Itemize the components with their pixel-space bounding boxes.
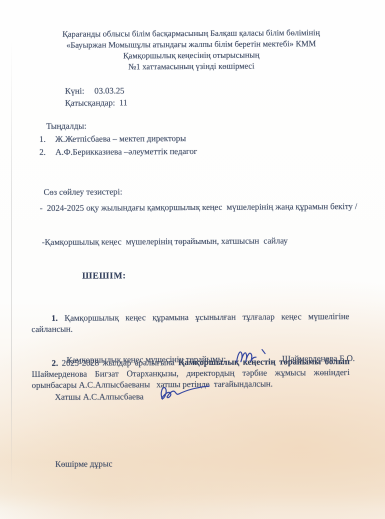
header-line-4: №1 хаттамасының үзінді көшірмесі <box>17 61 366 74</box>
date-label: Күні: <box>65 86 84 96</box>
secretary-signature <box>154 380 212 406</box>
scanned-document-page: Қарағанды облысы білім басқармасының Бал… <box>0 0 385 519</box>
date-row: Күні:03.03.25 <box>65 84 127 97</box>
chair-name: Шаймерденова Б.О. <box>282 353 355 363</box>
heard-title: Тыңдалды: <box>46 119 197 132</box>
participants-row: Қатысқандар:11 <box>65 97 127 110</box>
document-header: Қарағанды облысы білім басқармасының Бал… <box>17 28 366 74</box>
decision-title: ШЕШІМ: <box>82 270 126 280</box>
copy-certification-note: Көшірме дұрыс <box>55 458 112 468</box>
speech-item: -Қамқоршылық кеңес мүшелерінің төрайымын… <box>42 235 288 247</box>
list-item: 2.А.Ф.Берикказиева –әлеуметтік педагог <box>39 145 197 158</box>
chair-signature-row: Қамқоршылық кеңес мүшесінің төрайымы: Ша… <box>67 353 376 365</box>
decision-item-1: 1. Қамқоршылық кеңес құрамына ұсынылған … <box>31 311 349 336</box>
list-item-number: 1. <box>39 133 51 145</box>
meta-block: Күні:03.03.25 Қатысқандар:11 <box>65 84 128 109</box>
secretary-label: Хатшы А.С.Алпысбаева <box>55 391 144 402</box>
date-value: 03.03.25 <box>94 85 124 95</box>
chair-label: Қамқоршылық кеңес мүшесінің төрайымы: <box>67 354 226 365</box>
decision-item-text: Қамқоршылық кеңес құрамына ұсынылған тұл… <box>31 311 351 334</box>
list-item: 1.Ж.Жетпісбаева – мектеп директоры <box>39 132 197 145</box>
participants-value: 11 <box>119 98 127 108</box>
speeches-title: Сөз сөйлеу тезистері: <box>44 186 123 196</box>
list-item-number: 2. <box>39 146 51 158</box>
header-line-2: «Бауыржан Момышұлы атындағы жалпы білім … <box>17 39 366 52</box>
chair-signature <box>234 344 270 368</box>
participants-label: Қатысқандар: <box>65 98 115 108</box>
speech-item: - 2024-2025 оқу жылындағы қамқоршылық ке… <box>40 201 362 215</box>
heard-section: Тыңдалды: 1.Ж.Жетпісбаева – мектеп дирек… <box>39 119 197 158</box>
secretary-signature-row: Хатшы А.С.Алпысбаева <box>55 391 212 402</box>
list-item-text: Ж.Жетпісбаева – мектеп директоры <box>55 133 186 144</box>
document-content: Қарағанды облысы білім басқармасының Бал… <box>0 0 385 519</box>
list-item-text: А.Ф.Берикказиева –әлеуметтік педагог <box>55 146 197 157</box>
